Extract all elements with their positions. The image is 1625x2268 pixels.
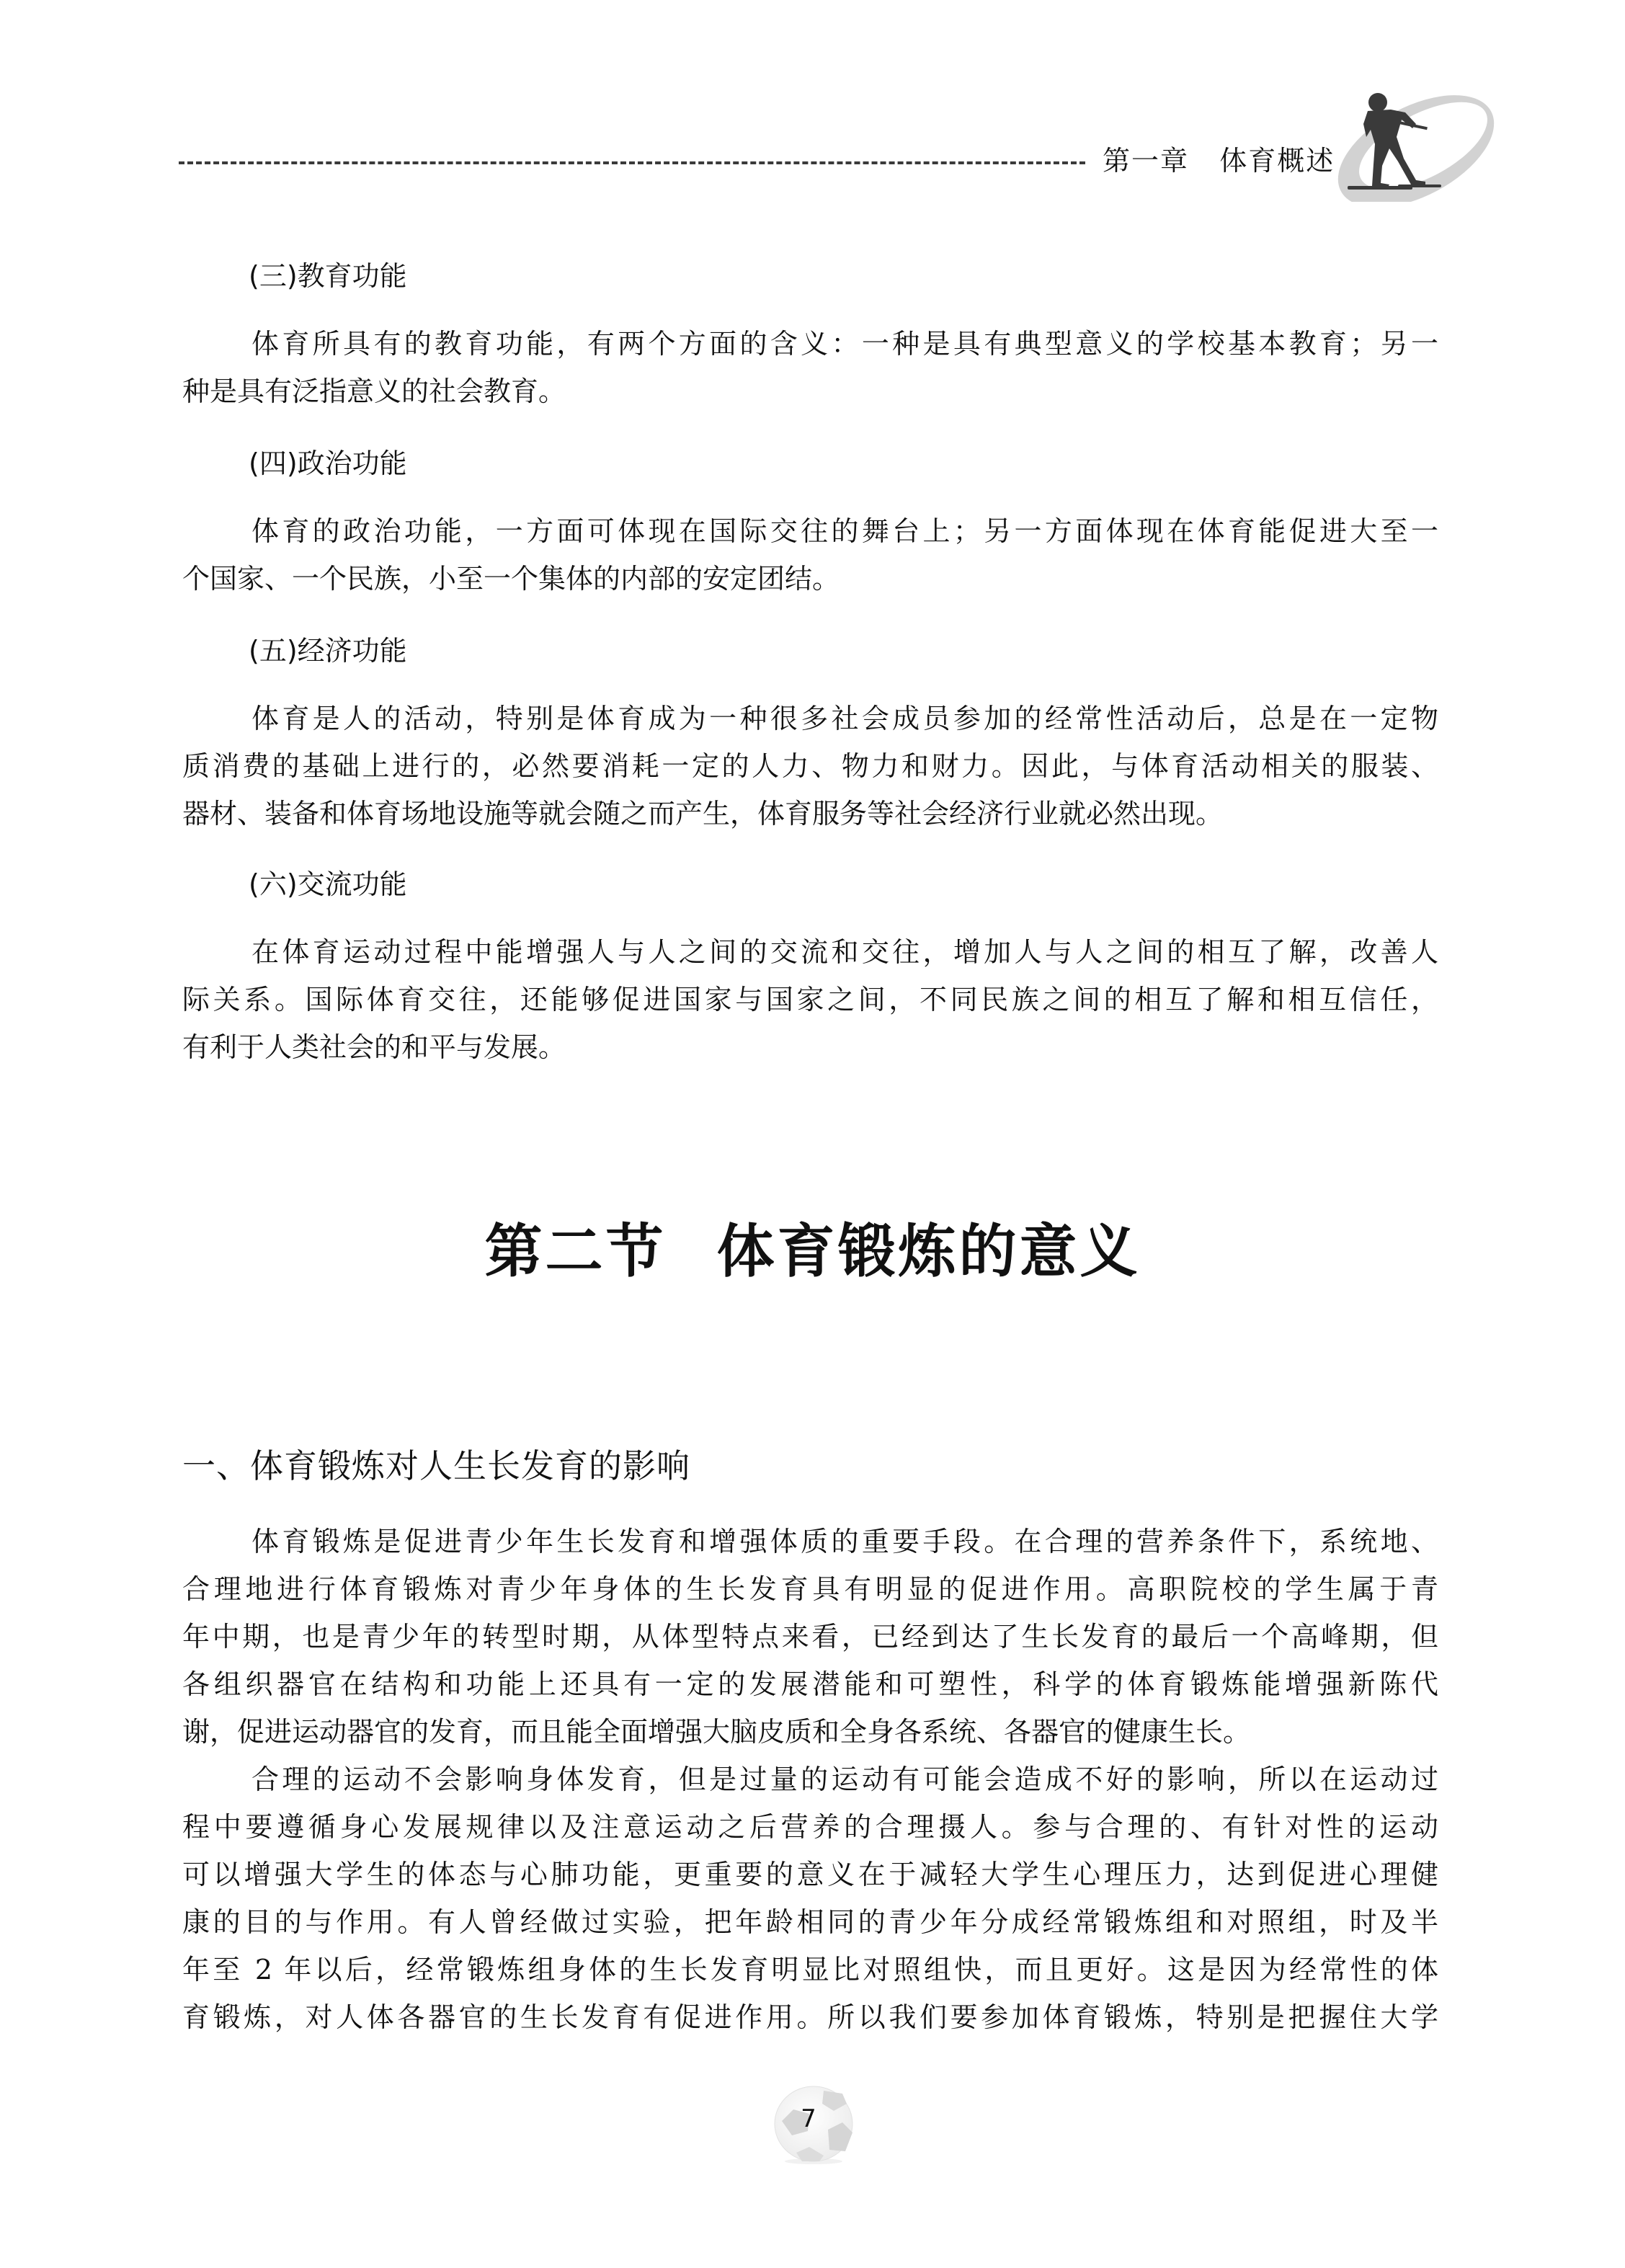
text-line: 谢，促进运动器官的发育，而且能全面增强大脑皮质和全身各系统、各器官的健康生长。: [182, 1708, 1438, 1756]
subsection-heading: 一、体育锻炼对人生长发育的影响: [182, 1440, 690, 1487]
text-line: 合理地进行体育锻炼对青少年身体的生长发育具有明显的促进作用。高职院校的学生属于青: [182, 1565, 1438, 1613]
text-line: 康的目的与作用。有人曾经做过实验，把年龄相同的青少年分成经常锻炼组和对照组，时及…: [182, 1898, 1438, 1946]
text-line: 体育是人的活动，特别是体育成为一种很多社会成员参加的经常性活动后，总是在一定物: [182, 695, 1438, 742]
text-line: 体育所具有的教育功能，有两个方面的含义：一种是具有典型意义的学校基本教育；另一: [182, 320, 1438, 368]
text-line: 有利于人类社会的和平与发展。: [182, 1023, 1438, 1071]
paragraph-exchange-function: 在体育运动过程中能增强人与人之间的交流和交往，增加人与人之间的相互了解，改善人 …: [182, 928, 1438, 1071]
section-number: 第二节: [485, 1217, 667, 1285]
text-line: 年中期，也是青少年的转型时期，从体型特点来看，已经到达了生长发育的最后一个高峰期…: [182, 1613, 1438, 1660]
header-dashed-rule: [179, 161, 1085, 164]
paragraph-growth-2: 合理的运动不会影响身体发育，但是过量的运动有可能会造成不好的影响，所以在运动过 …: [182, 1756, 1438, 2041]
text-line: 体育锻炼是促进青少年生长发育和增强体质的重要手段。在合理的营养条件下，系统地、: [182, 1518, 1438, 1565]
text-line: 器材、装备和体育场地设施等就会随之而产生，体育服务等社会经济行业就必然出现。: [182, 790, 1438, 837]
text-line: 育锻炼，对人体各器官的生长发育有促进作用。所以我们要参加体育锻炼，特别是把握住大…: [182, 1993, 1438, 2041]
subheading-exchange-function: (六)交流功能: [249, 862, 407, 902]
text-line: 合理的运动不会影响身体发育，但是过量的运动有可能会造成不好的影响，所以在运动过: [182, 1756, 1438, 1803]
text-line: 程中要遵循身心发展规律以及注意运动之后营养的合理摄人。参与合理的、有针对性的运动: [182, 1803, 1438, 1851]
paragraph-political-function: 体育的政治功能，一方面可体现在国际交往的舞台上；另一方面体现在体育能促进大至一 …: [182, 507, 1438, 602]
skier-silhouette-icon: [1290, 79, 1499, 202]
text-line: 质消费的基础上进行的，必然要消耗一定的人力、物力和财力。因此，与体育活动相关的服…: [182, 742, 1438, 790]
section-title: 第二节体育锻炼的意义: [0, 1205, 1625, 1288]
paragraph-growth-1: 体育锻炼是促进青少年生长发育和增强体质的重要手段。在合理的营养条件下，系统地、 …: [182, 1518, 1438, 1756]
subheading-political-function: (四)政治功能: [249, 441, 407, 481]
page-number: 7: [796, 2104, 821, 2133]
text-line: 在体育运动过程中能增强人与人之间的交流和交往，增加人与人之间的相互了解，改善人: [182, 928, 1438, 976]
text-line: 各组织器官在结构和功能上还具有一定的发展潜能和可塑性，科学的体育锻炼能增强新陈代: [182, 1660, 1438, 1708]
text-line: 年至 2 年以后，经常锻炼组身体的生长发育明显比对照组快，而且更好。这是因为经常…: [182, 1946, 1438, 1993]
text-line: 体育的政治功能，一方面可体现在国际交往的舞台上；另一方面体现在体育能促进大至一: [182, 507, 1438, 555]
text-line: 种是具有泛指意义的社会教育。: [182, 368, 1438, 415]
paragraph-education-function: 体育所具有的教育功能，有两个方面的含义：一种是具有典型意义的学校基本教育；另一 …: [182, 320, 1438, 415]
paragraph-economic-function: 体育是人的活动，特别是体育成为一种很多社会成员参加的经常性活动后，总是在一定物 …: [182, 695, 1438, 837]
text-line: 可以增强大学生的体态与心肺功能，更重要的意义在于减轻大学生心理压力，达到促进心理…: [182, 1851, 1438, 1898]
text-line: 个国家、一个民族，小至一个集体的内部的安定团结。: [182, 555, 1438, 602]
section-name: 体育锻炼的意义: [717, 1217, 1141, 1285]
text-line: 际关系。国际体育交往，还能够促进国家与国家之间，不同民族之间的相互了解和相互信任…: [182, 976, 1438, 1023]
subheading-economic-function: (五)经济功能: [249, 628, 407, 668]
subheading-education-function: (三)教育功能: [249, 254, 407, 293]
